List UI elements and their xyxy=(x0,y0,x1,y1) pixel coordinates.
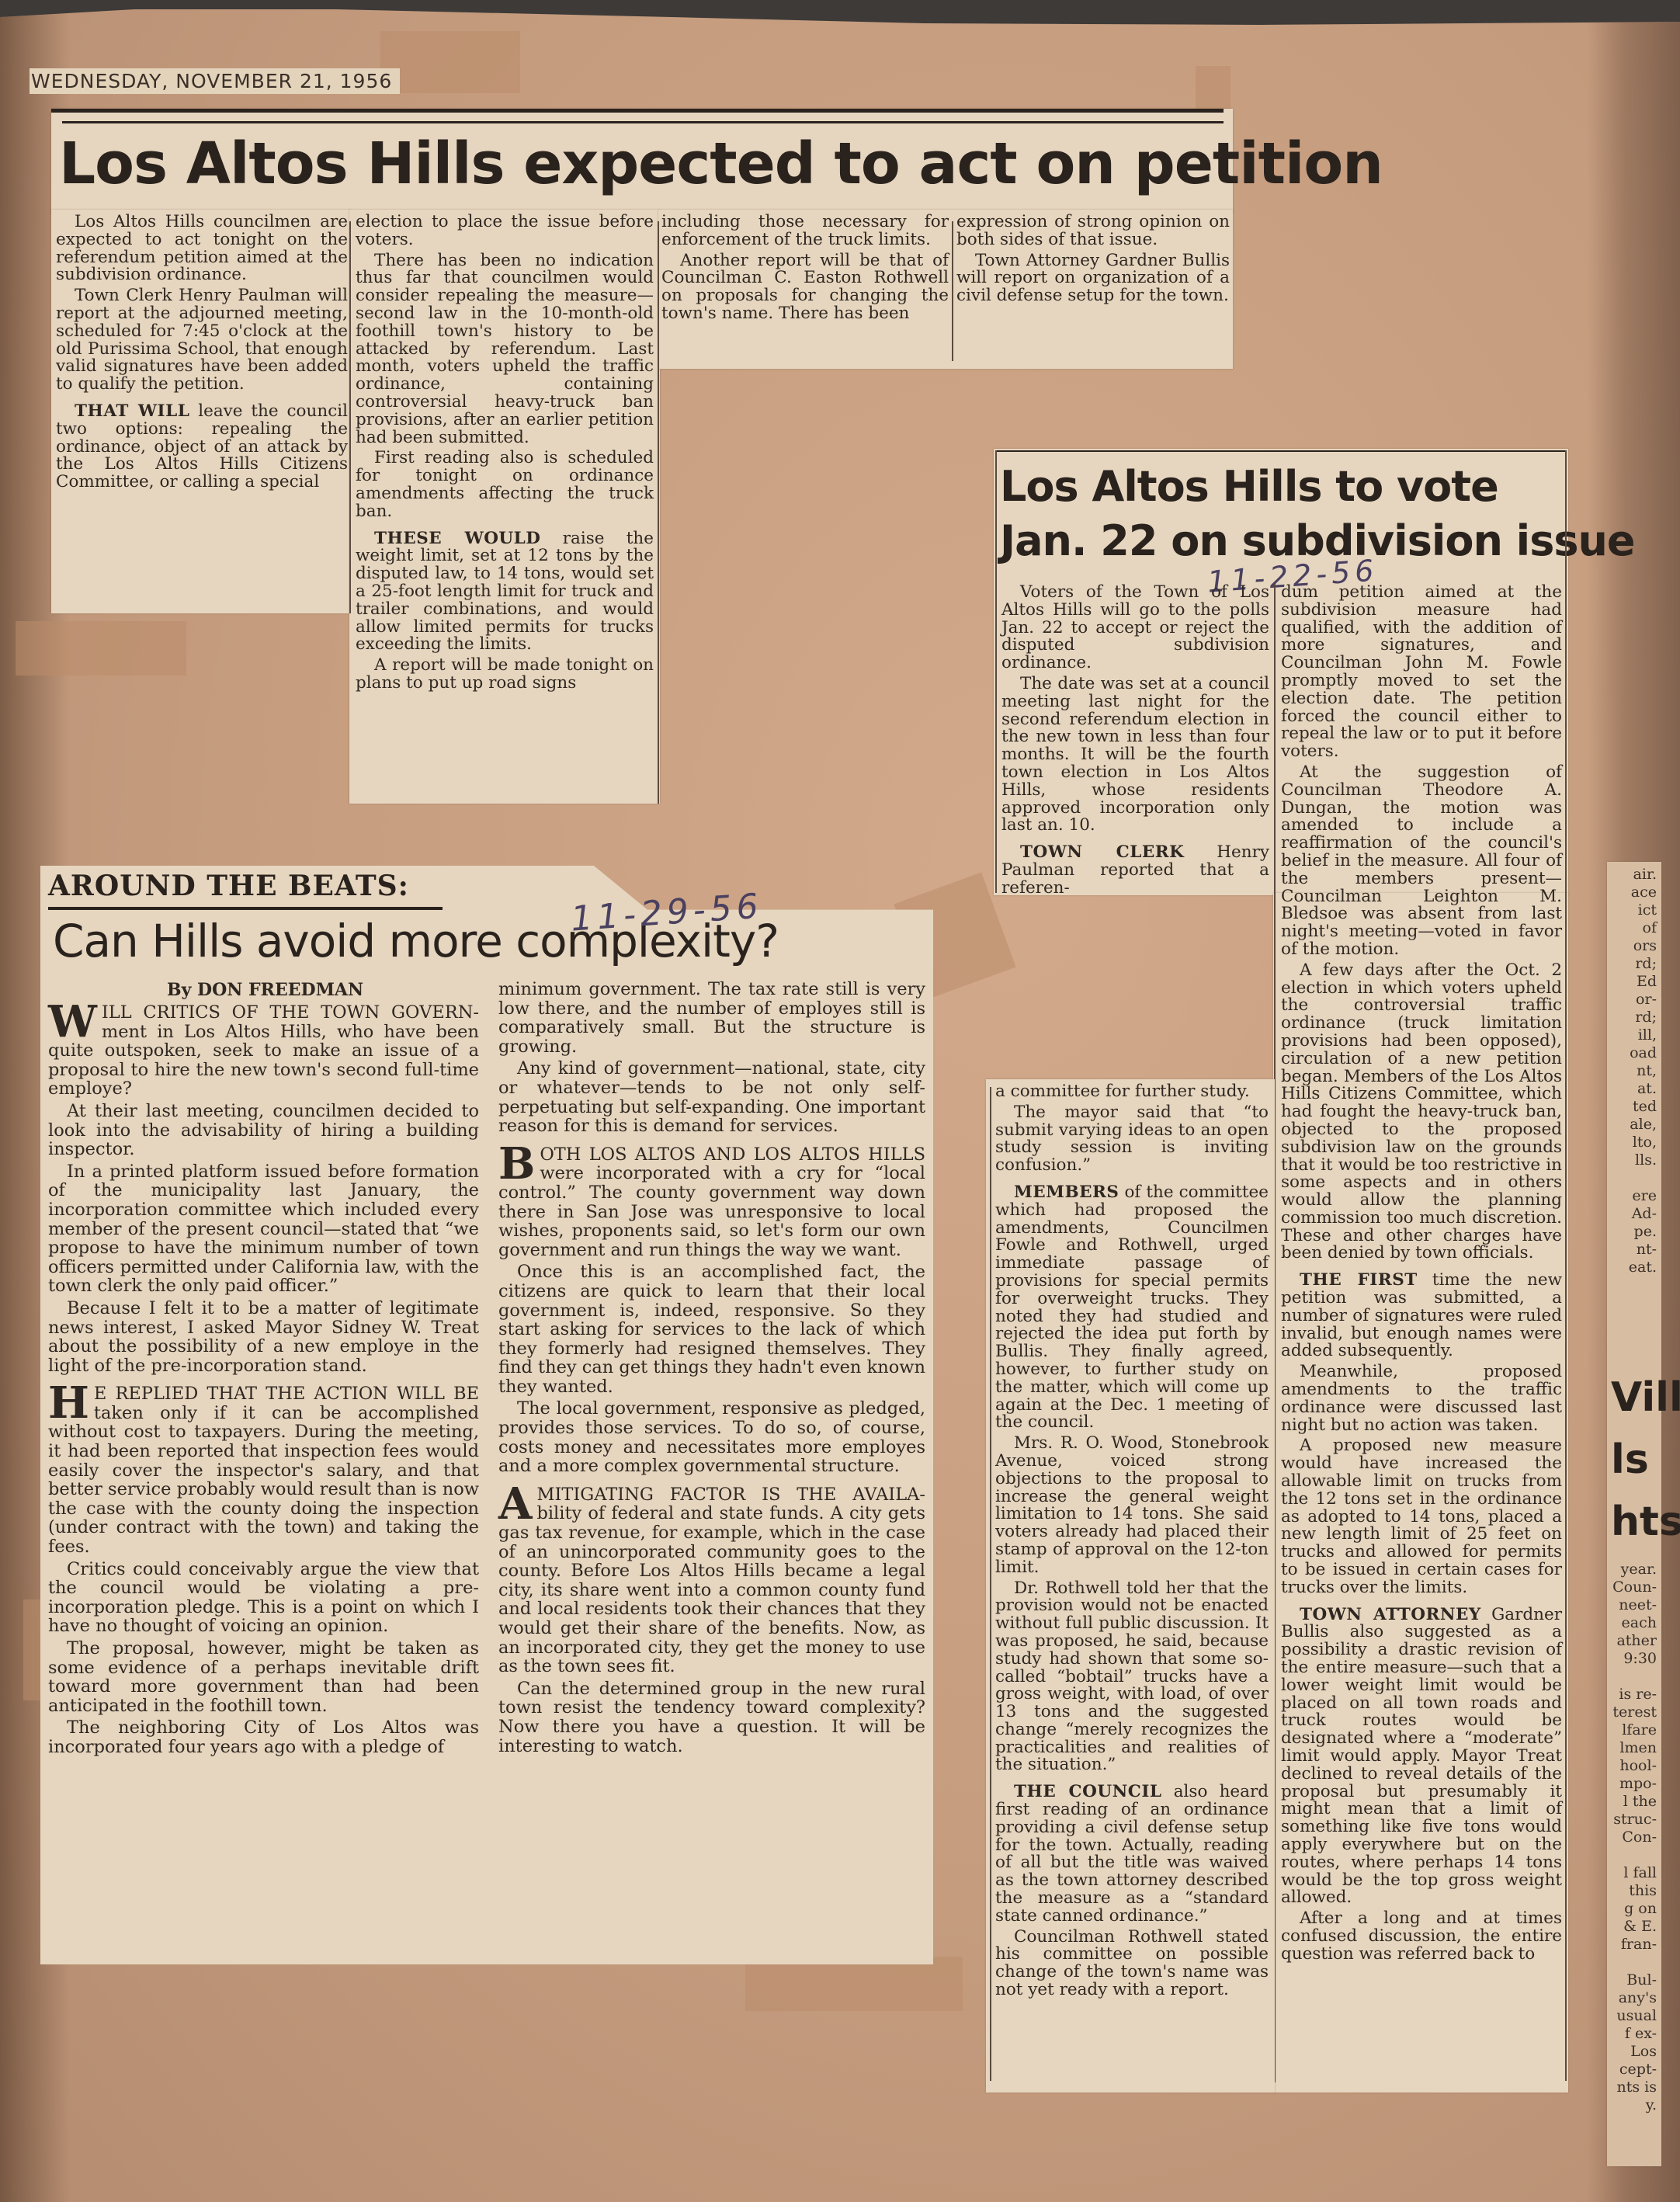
lead-in: THE FIRST xyxy=(1300,1270,1418,1290)
edge-clipping-text-top: air.aceictoforsrd;Edor-rd;ill,oadnt,at.t… xyxy=(1607,866,1657,1276)
paragraph-text: The mayor said that “to submit varying i… xyxy=(995,1103,1269,1175)
paragraph: BOTH LOS ALTOS AND LOS ALTOS HILLS were … xyxy=(498,1145,925,1260)
headline-rule xyxy=(62,121,1224,123)
paragraph: The local government, responsive as pled… xyxy=(498,1399,925,1475)
paragraph: Mrs. R. O. Wood, Stonebrook Avenue, voic… xyxy=(995,1435,1269,1576)
clipped-line: of xyxy=(1607,919,1657,937)
paragraph: Town Clerk Henry Paulman will report at … xyxy=(56,287,348,394)
headline-rule xyxy=(51,109,1224,113)
clipped-line: lmen xyxy=(1607,1739,1657,1757)
edge-headline-fragment-3: hts xyxy=(1611,1499,1680,1545)
tape-strip xyxy=(745,1957,963,2011)
paragraph-text: After a long and at times confused discu… xyxy=(1281,1909,1562,1964)
paragraph-text: In a printed platform issued before form… xyxy=(48,1162,479,1297)
clipped-line: ors xyxy=(1607,937,1657,955)
paragraph-text: Gardner Bullis also suggested as a possi… xyxy=(1281,1605,1562,1908)
clipped-line: eat. xyxy=(1607,1259,1657,1276)
clipped-line: neet- xyxy=(1607,1596,1657,1614)
scrapbook-page: WEDNESDAY, NOVEMBER 21, 1956 Los Altos H… xyxy=(0,0,1680,2202)
clipped-line xyxy=(1607,1668,1657,1686)
paragraph-text: dum petition aimed at the subdivision me… xyxy=(1281,582,1562,761)
paragraph-text: also heard first reading of an ordinance… xyxy=(995,1782,1269,1926)
clipped-line: year. xyxy=(1607,1561,1657,1579)
clipped-line: lls. xyxy=(1607,1151,1657,1169)
paragraph: dum petition aimed at the subdivision me… xyxy=(1281,584,1562,761)
paragraph-text: The neighboring City of Los Altos was in… xyxy=(48,1717,479,1757)
paragraph: AMITIGATING FACTOR IS THE AVAILA- bility… xyxy=(498,1485,925,1676)
paragraph: a committee for further study. xyxy=(995,1083,1269,1101)
paragraph: A few days after the Oct. 2 election in … xyxy=(1281,962,1562,1263)
drop-cap: W xyxy=(48,1005,97,1039)
lead-in: THESE WOULD xyxy=(374,529,540,548)
clipped-line: ict xyxy=(1607,901,1657,919)
clipped-line: or- xyxy=(1607,991,1657,1009)
paragraph: A proposed new measure would have increa… xyxy=(1281,1437,1562,1596)
clipped-line: Ad- xyxy=(1607,1205,1657,1223)
paragraph: Voters of the Town of Los Altos Hills wi… xyxy=(1001,584,1269,672)
clipped-line: l the xyxy=(1607,1793,1657,1811)
clipped-line: cept- xyxy=(1607,2061,1657,2079)
paragraph-text: A proposed new measure would have increa… xyxy=(1281,1436,1562,1596)
paragraph-text: including those necessary for enforcemen… xyxy=(661,212,949,249)
article2-column-2: dum petition aimed at the subdivision me… xyxy=(1281,584,1562,1967)
paragraph-text: Voters of the Town of Los Altos Hills wi… xyxy=(1001,582,1269,672)
paragraph-text: A few days after the Oct. 2 election in … xyxy=(1281,960,1562,1263)
paragraph: MEMBERS of the committee which had propo… xyxy=(995,1184,1269,1432)
article1-column-2: election to place the issue before voter… xyxy=(356,214,654,696)
paragraph-text: expression of strong opinion on both sid… xyxy=(956,212,1230,249)
clipped-line: hool- xyxy=(1607,1757,1657,1775)
paragraph: WILL CRITICS OF THE TOWN GOVERN- ment in… xyxy=(48,1003,479,1099)
drop-cap: H xyxy=(48,1386,89,1420)
paragraph: Because I felt it to be a matter of legi… xyxy=(48,1299,479,1375)
column-rule xyxy=(990,1087,991,2081)
clipped-line: rd; xyxy=(1607,955,1657,973)
edge-headline-fragment-1: Vill xyxy=(1611,1374,1680,1421)
paragraph-text: Critics could conceivably argue the view… xyxy=(48,1559,479,1637)
paragraph: Another report will be that of Councilma… xyxy=(661,252,949,323)
clipped-line: struc- xyxy=(1607,1811,1657,1829)
clipped-line: is re- xyxy=(1607,1686,1657,1704)
drop-cap: A xyxy=(498,1487,532,1521)
paragraph: THE FIRST time the new petition was subm… xyxy=(1281,1272,1562,1360)
paragraph-text: taken only if it can be accomplished wit… xyxy=(48,1403,479,1557)
box-rule xyxy=(995,450,1566,452)
column-rule xyxy=(658,221,659,804)
paragraph: Meanwhile, proposed amendments to the tr… xyxy=(1281,1363,1562,1434)
clipped-line: y. xyxy=(1607,2096,1657,2114)
paragraph: THAT WILL leave the council two options:… xyxy=(56,403,348,491)
paragraph: Any kind of government—national, state, … xyxy=(498,1059,925,1135)
paragraph-text: minimum government. The tax rate still i… xyxy=(498,979,925,1057)
lead-caps: MITIGATING FACTOR IS THE AVAILA- xyxy=(536,1485,925,1505)
clipped-line: Ed xyxy=(1607,973,1657,991)
paragraph-text: election to place the issue before voter… xyxy=(356,212,654,249)
paragraph: Critics could conceivably argue the view… xyxy=(48,1560,479,1636)
column-rule xyxy=(349,221,351,613)
clipped-line xyxy=(1607,1954,1657,1971)
tape-strip xyxy=(16,621,186,676)
paragraph: Once this is an accomplished fact, the c… xyxy=(498,1263,925,1396)
column-rule xyxy=(1565,450,1567,2081)
paragraph-text: Councilman Rothwell stated his committee… xyxy=(995,1927,1269,1999)
clipped-line: terest xyxy=(1607,1704,1657,1721)
clipped-line: nt, xyxy=(1607,1062,1657,1080)
tape-strip xyxy=(380,31,520,93)
paragraph-text: Los Altos Hills councilmen are expected … xyxy=(56,212,348,284)
paragraph: election to place the issue before voter… xyxy=(356,214,654,249)
paragraph-text: A report will be made tonight on plans t… xyxy=(356,655,654,693)
clipped-line: nt- xyxy=(1607,1241,1657,1259)
article2-column-3: a committee for further study.The mayor … xyxy=(995,1083,1269,2002)
paragraph: Can the determined group in the new rura… xyxy=(498,1679,925,1756)
clipped-line xyxy=(1607,1169,1657,1187)
clipped-line: & E. xyxy=(1607,1918,1657,1936)
clipped-line: ale, xyxy=(1607,1116,1657,1134)
paragraph: In a printed platform issued before form… xyxy=(48,1162,479,1296)
clipped-line: any's xyxy=(1607,1989,1657,2007)
kicker-rule xyxy=(48,907,443,910)
paragraph: minimum government. The tax rate still i… xyxy=(498,980,925,1056)
clipped-line: rd; xyxy=(1607,1009,1657,1026)
article2-column-1: Voters of the Town of Los Altos Hills wi… xyxy=(1001,584,1269,901)
clipped-line: l fall xyxy=(1607,1864,1657,1882)
clipped-line: oad xyxy=(1607,1044,1657,1062)
page-dateline: WEDNESDAY, NOVEMBER 21, 1956 xyxy=(30,68,400,94)
clipped-line: 9:30 xyxy=(1607,1650,1657,1668)
clipped-line: this xyxy=(1607,1882,1657,1900)
paragraph-text: Another report will be that of Councilma… xyxy=(661,251,949,323)
clipped-line: ather xyxy=(1607,1632,1657,1650)
paragraph: A report will be made tonight on plans t… xyxy=(356,657,654,693)
article3-column-1: WILL CRITICS OF THE TOWN GOVERN- ment in… xyxy=(48,1003,479,1760)
paragraph: At the suggestion of Councilman Theodore… xyxy=(1281,764,1562,959)
byline: By DON FREEDMAN xyxy=(167,980,363,1000)
paragraph: At their last meeting, councilmen decide… xyxy=(48,1102,479,1159)
lead-in: THAT WILL xyxy=(75,401,189,421)
clipped-line: nts is xyxy=(1607,2079,1657,2096)
lead-in: MEMBERS xyxy=(1014,1183,1119,1202)
paragraph: The proposal, however, might be taken as… xyxy=(48,1639,479,1715)
lead-in: TOWN CLERK xyxy=(1020,842,1184,862)
paragraph-text: a committee for further study. xyxy=(995,1082,1250,1101)
article1-column-4: expression of strong opinion on both sid… xyxy=(956,214,1230,308)
paragraph-text: The local government, responsive as pled… xyxy=(498,1398,925,1476)
column-rule xyxy=(952,221,953,361)
paragraph: TOWN CLERK Henry Paulman reported that a… xyxy=(1001,844,1269,897)
paragraph: Town Attorney Gardner Bullis will report… xyxy=(956,252,1230,305)
clipped-line: f ex- xyxy=(1607,2025,1657,2043)
clipped-line: ere xyxy=(1607,1187,1657,1205)
lead-in: THE COUNCIL xyxy=(1014,1782,1162,1801)
article2-headline-line1: Los Altos Hills to vote xyxy=(1000,462,1498,511)
column-rule xyxy=(995,450,997,893)
paragraph-text: The proposal, however, might be taken as… xyxy=(48,1638,479,1716)
article1-headline: Los Altos Hills expected to act on petit… xyxy=(59,130,1383,197)
paragraph-text: Mrs. R. O. Wood, Stonebrook Avenue, voic… xyxy=(995,1433,1269,1577)
paragraph-text: were incorporated with a cry for “local … xyxy=(498,1163,925,1259)
clipped-line: usual xyxy=(1607,2007,1657,2025)
paragraph: TOWN ATTORNEY Gardner Bullis also sugges… xyxy=(1281,1606,1562,1908)
edge-headline-fragment-2: ls xyxy=(1611,1436,1649,1483)
paragraph: HE REPLIED THAT THE ACTION WILL BE taken… xyxy=(48,1384,479,1556)
clipped-line: air. xyxy=(1607,866,1657,884)
clipped-line: mpo- xyxy=(1607,1775,1657,1793)
lead-in: TOWN ATTORNEY xyxy=(1300,1605,1481,1624)
lead-caps: OTH LOS ALTOS AND LOS ALTOS HILLS xyxy=(540,1144,925,1165)
clipped-line: Bul- xyxy=(1607,1971,1657,1989)
lead-caps: E REPLIED THAT THE ACTION WILL BE xyxy=(94,1384,479,1404)
clipped-line: ace xyxy=(1607,884,1657,901)
paragraph: expression of strong opinion on both sid… xyxy=(956,214,1230,249)
paragraph-text: At the suggestion of Councilman Theodore… xyxy=(1281,762,1562,959)
clipped-line: ted xyxy=(1607,1098,1657,1116)
paragraph-text: There has been no indication thus far th… xyxy=(356,251,654,447)
paragraph: Dr. Rothwell told her that the provision… xyxy=(995,1580,1269,1775)
paragraph: There has been no indication thus far th… xyxy=(356,252,654,447)
clipped-line: pe. xyxy=(1607,1223,1657,1241)
clipped-line: Con- xyxy=(1607,1829,1657,1846)
clipped-line xyxy=(1607,1846,1657,1864)
paragraph-text: The date was set at a council meeting la… xyxy=(1001,674,1269,835)
drop-cap: B xyxy=(498,1147,535,1181)
paragraph-text: At their last meeting, councilmen decide… xyxy=(48,1101,479,1159)
paragraph-text: First reading also is scheduled for toni… xyxy=(356,448,654,520)
paragraph: First reading also is scheduled for toni… xyxy=(356,450,654,520)
paragraph-text: of the committee which had proposed the … xyxy=(995,1183,1269,1432)
paragraph-text: bility of federal and state funds. A cit… xyxy=(498,1503,925,1676)
paragraph: Los Altos Hills councilmen are expected … xyxy=(56,214,348,284)
paragraph-text: Town Attorney Gardner Bullis will report… xyxy=(956,251,1230,306)
paragraph: THESE WOULD raise the weight limit, set … xyxy=(356,530,654,655)
paragraph: The date was set at a council meeting la… xyxy=(1001,676,1269,835)
column-kicker: AROUND THE BEATS: xyxy=(48,870,409,902)
article1-column-1: Los Altos Hills councilmen are expected … xyxy=(56,214,348,495)
paragraph-text: Any kind of government—national, state, … xyxy=(498,1058,925,1136)
clipped-line: lfare xyxy=(1607,1721,1657,1739)
paragraph: The mayor said that “to submit varying i… xyxy=(995,1104,1269,1175)
paragraph-text: ment in Los Altos Hills, who have been q… xyxy=(48,1022,479,1099)
paragraph: THE COUNCIL also heard first reading of … xyxy=(995,1783,1269,1925)
clipped-line: ill, xyxy=(1607,1026,1657,1044)
paragraph: The neighboring City of Los Altos was in… xyxy=(48,1718,479,1756)
article3-column-2: minimum government. The tax rate still i… xyxy=(498,980,925,1759)
paragraph-text: Because I felt it to be a matter of legi… xyxy=(48,1298,479,1376)
paragraph-text: Can the determined group in the new rura… xyxy=(498,1679,925,1756)
lead-caps: ILL CRITICS OF THE TOWN GOVERN- xyxy=(102,1002,479,1023)
article1-column-3: including those necessary for enforcemen… xyxy=(661,214,949,326)
clipped-line: Los xyxy=(1607,2043,1657,2061)
paragraph: including those necessary for enforcemen… xyxy=(661,214,949,249)
paragraph-text: Dr. Rothwell told her that the provision… xyxy=(995,1579,1269,1775)
clipped-line: at. xyxy=(1607,1080,1657,1098)
paragraph-text: raise the weight limit, set at 12 tons b… xyxy=(356,529,654,655)
paragraph-text: Meanwhile, proposed amendments to the tr… xyxy=(1281,1362,1562,1434)
clipped-line: each xyxy=(1607,1614,1657,1632)
clipped-line: fran- xyxy=(1607,1936,1657,1954)
clipped-line: g on xyxy=(1607,1900,1657,1918)
paragraph-text: Town Clerk Henry Paulman will report at … xyxy=(56,286,348,394)
paragraph-text: Once this is an accomplished fact, the c… xyxy=(498,1262,925,1397)
paragraph: After a long and at times confused discu… xyxy=(1281,1910,1562,1963)
clipped-line: Coun- xyxy=(1607,1579,1657,1596)
clipped-line: lto, xyxy=(1607,1134,1657,1151)
edge-clipping-text-bottom: year.Coun-neet-eachather9:30 is re-teres… xyxy=(1607,1561,1657,2114)
paragraph: Councilman Rothwell stated his committee… xyxy=(995,1929,1269,1999)
